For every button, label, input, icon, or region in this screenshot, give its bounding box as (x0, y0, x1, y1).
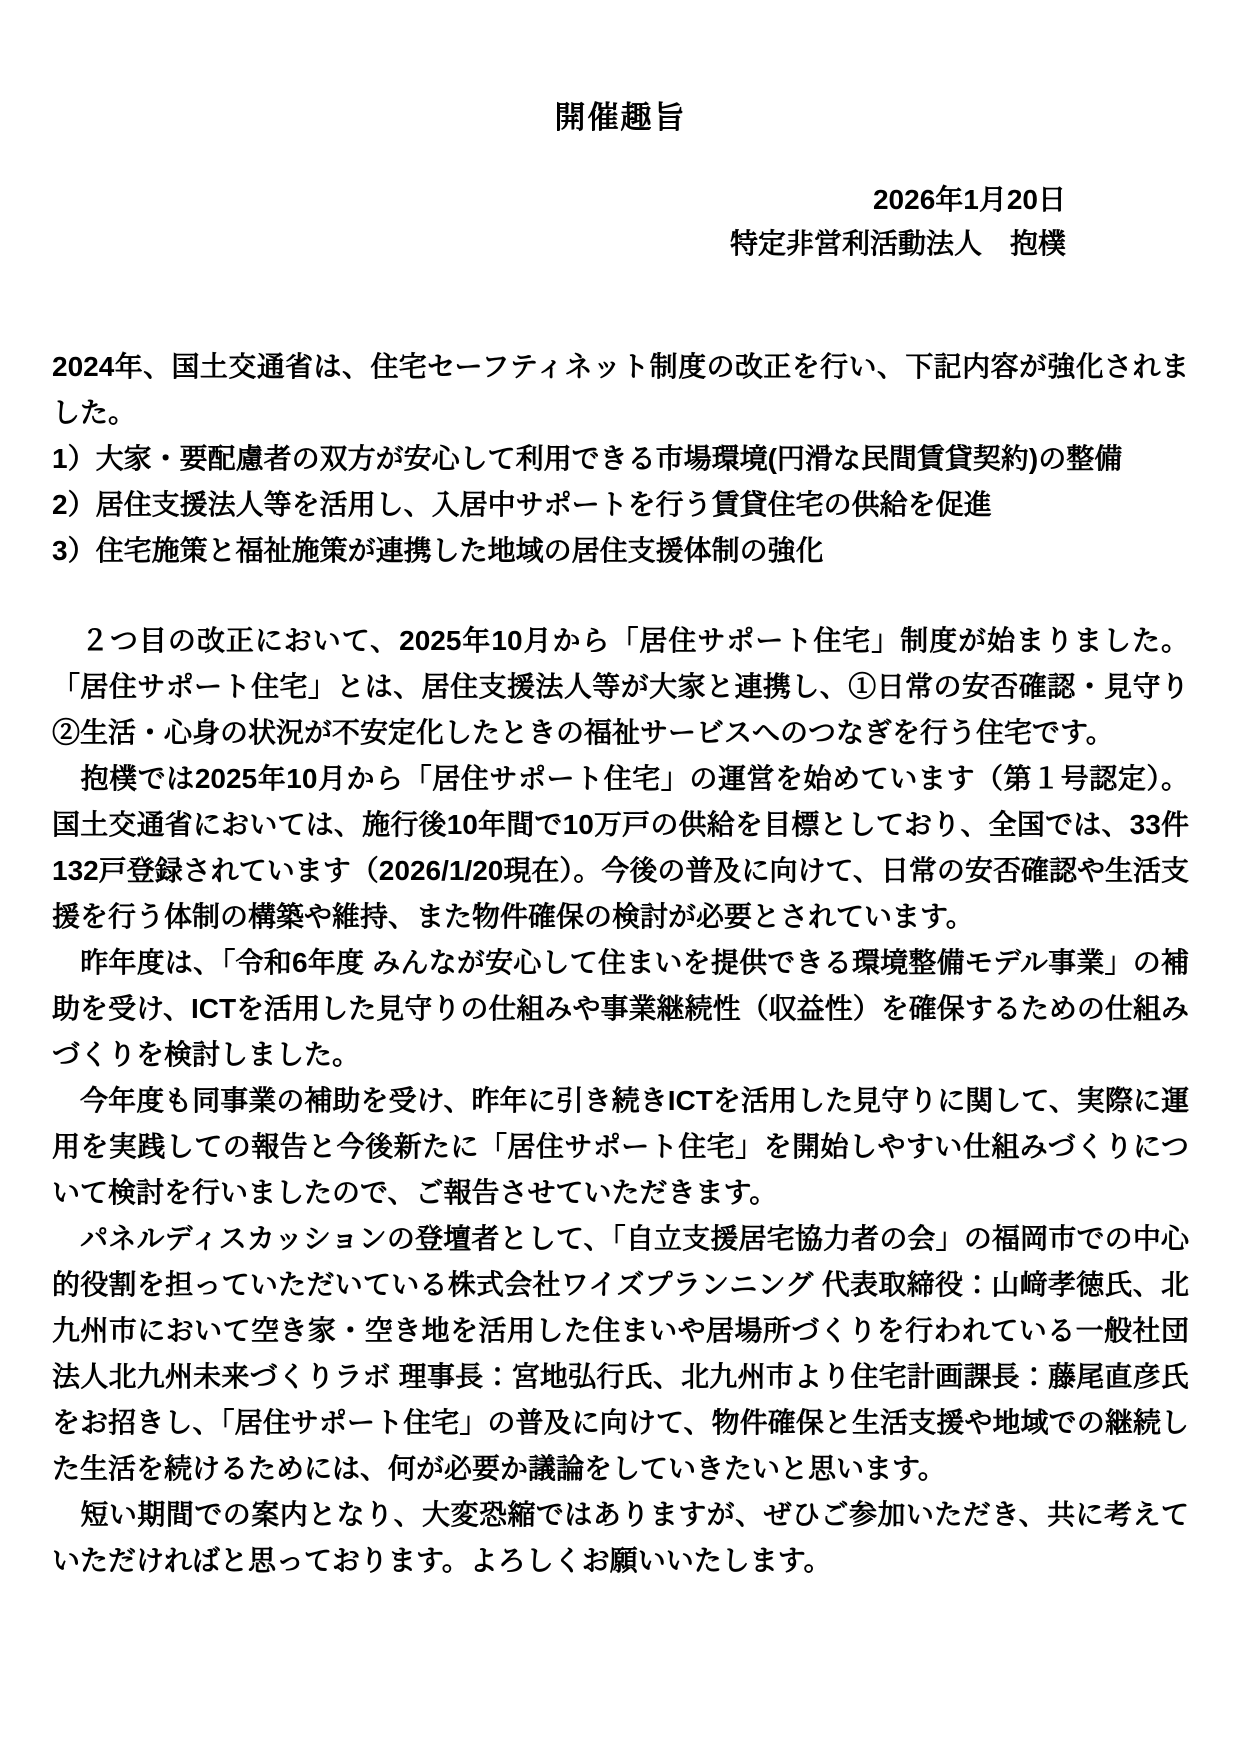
list-item-1: 1）大家・要配慮者の双方が安心して利用できる市場環境(円滑な民間賃貸契約)の整備 (52, 436, 1189, 482)
list-item-2: 2）居住支援法人等を活用し、入居中サポートを行う賃貸住宅の供給を促進 (52, 482, 1189, 528)
body-paragraph-1: ２つ目の改正において、2025年10月から「居住サポート住宅」制度が始まりました… (52, 618, 1189, 756)
document-page: 開催趣旨 2026年1月20日 特定非営利活動法人 抱樸 2024年、国土交通省… (0, 0, 1241, 1755)
document-organization: 特定非営利活動法人 抱樸 (0, 222, 1066, 266)
list-item-3: 3）住宅施策と福祉施策が連携した地域の居住支援体制の強化 (52, 528, 1189, 574)
body-paragraph-5: パネルディスカッションの登壇者として、「自立支援居宅協力者の会」の福岡市での中心… (52, 1216, 1189, 1492)
document-date: 2026年1月20日 (0, 178, 1066, 222)
body-paragraph-4: 今年度も同事業の補助を受け、昨年に引き続きICTを活用した見守りに関して、実際に… (52, 1078, 1189, 1216)
document-body: 2024年、国土交通省は、住宅セーフティネット制度の改正を行い、下記内容が強化さ… (0, 344, 1241, 1584)
page-title: 開催趣旨 (0, 98, 1241, 138)
paragraph-block: ２つ目の改正において、2025年10月から「居住サポート住宅」制度が始まりました… (52, 618, 1189, 1584)
document-header: 2026年1月20日 特定非営利活動法人 抱樸 (0, 178, 1241, 266)
intro-paragraph: 2024年、国土交通省は、住宅セーフティネット制度の改正を行い、下記内容が強化さ… (52, 344, 1189, 436)
body-paragraph-6: 短い期間での案内となり、大変恐縮ではありますが、ぜひご参加いただき、共に考えてい… (52, 1492, 1189, 1584)
body-paragraph-3: 昨年度は、「令和6年度 みんなが安心して住まいを提供できる環境整備モデル事業」の… (52, 940, 1189, 1078)
body-paragraph-2: 抱樸では2025年10月から「居住サポート住宅」の運営を始めています（第１号認定… (52, 756, 1189, 940)
